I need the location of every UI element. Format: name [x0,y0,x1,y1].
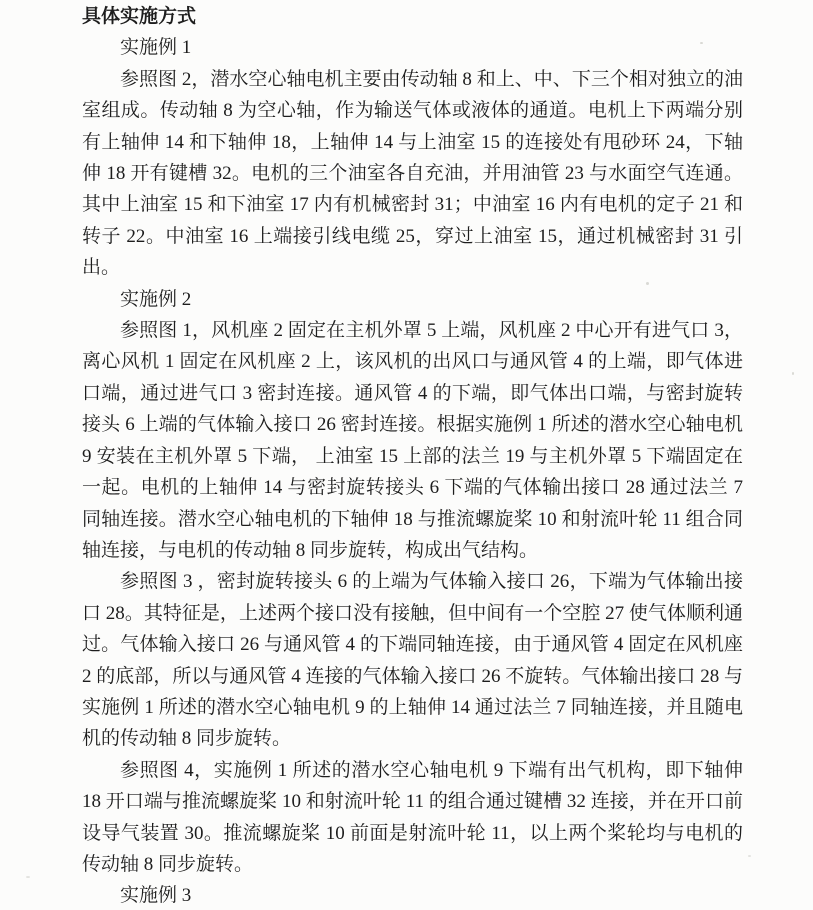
paragraph-figure-3: 参照图 3 ，密封旋转接头 6 的上端为气体输入接口 26，下端为气体输出接口 … [82,566,743,754]
embodiment-1-heading: 实施例 1 [82,32,743,63]
paragraph-figure-2: 参照图 2，潜水空心轴电机主要由传动轴 8 和上、中、下三个相对独立的油室组成。… [82,64,743,284]
section-heading: 具体实施方式 [82,1,743,32]
scan-speck [792,372,794,375]
scan-speck [700,42,703,44]
paragraph-figure-4: 参照图 4，实施例 1 所述的潜水空心轴电机 9 下端有出气机构，即下轴伸 18… [82,755,743,881]
scan-speck [748,855,751,857]
scan-speck [26,876,30,878]
embodiment-2-heading: 实施例 2 [82,284,743,315]
paragraph-figure-1: 参照图 1，风机座 2 固定在主机外罩 5 上端，风机座 2 中心开有进气口 3… [82,315,743,566]
scan-speck [646,282,649,285]
embodiment-3-heading: 实施例 3 [82,880,743,910]
patent-page: 具体实施方式 实施例 1 参照图 2，潜水空心轴电机主要由传动轴 8 和上、中、… [0,0,813,910]
